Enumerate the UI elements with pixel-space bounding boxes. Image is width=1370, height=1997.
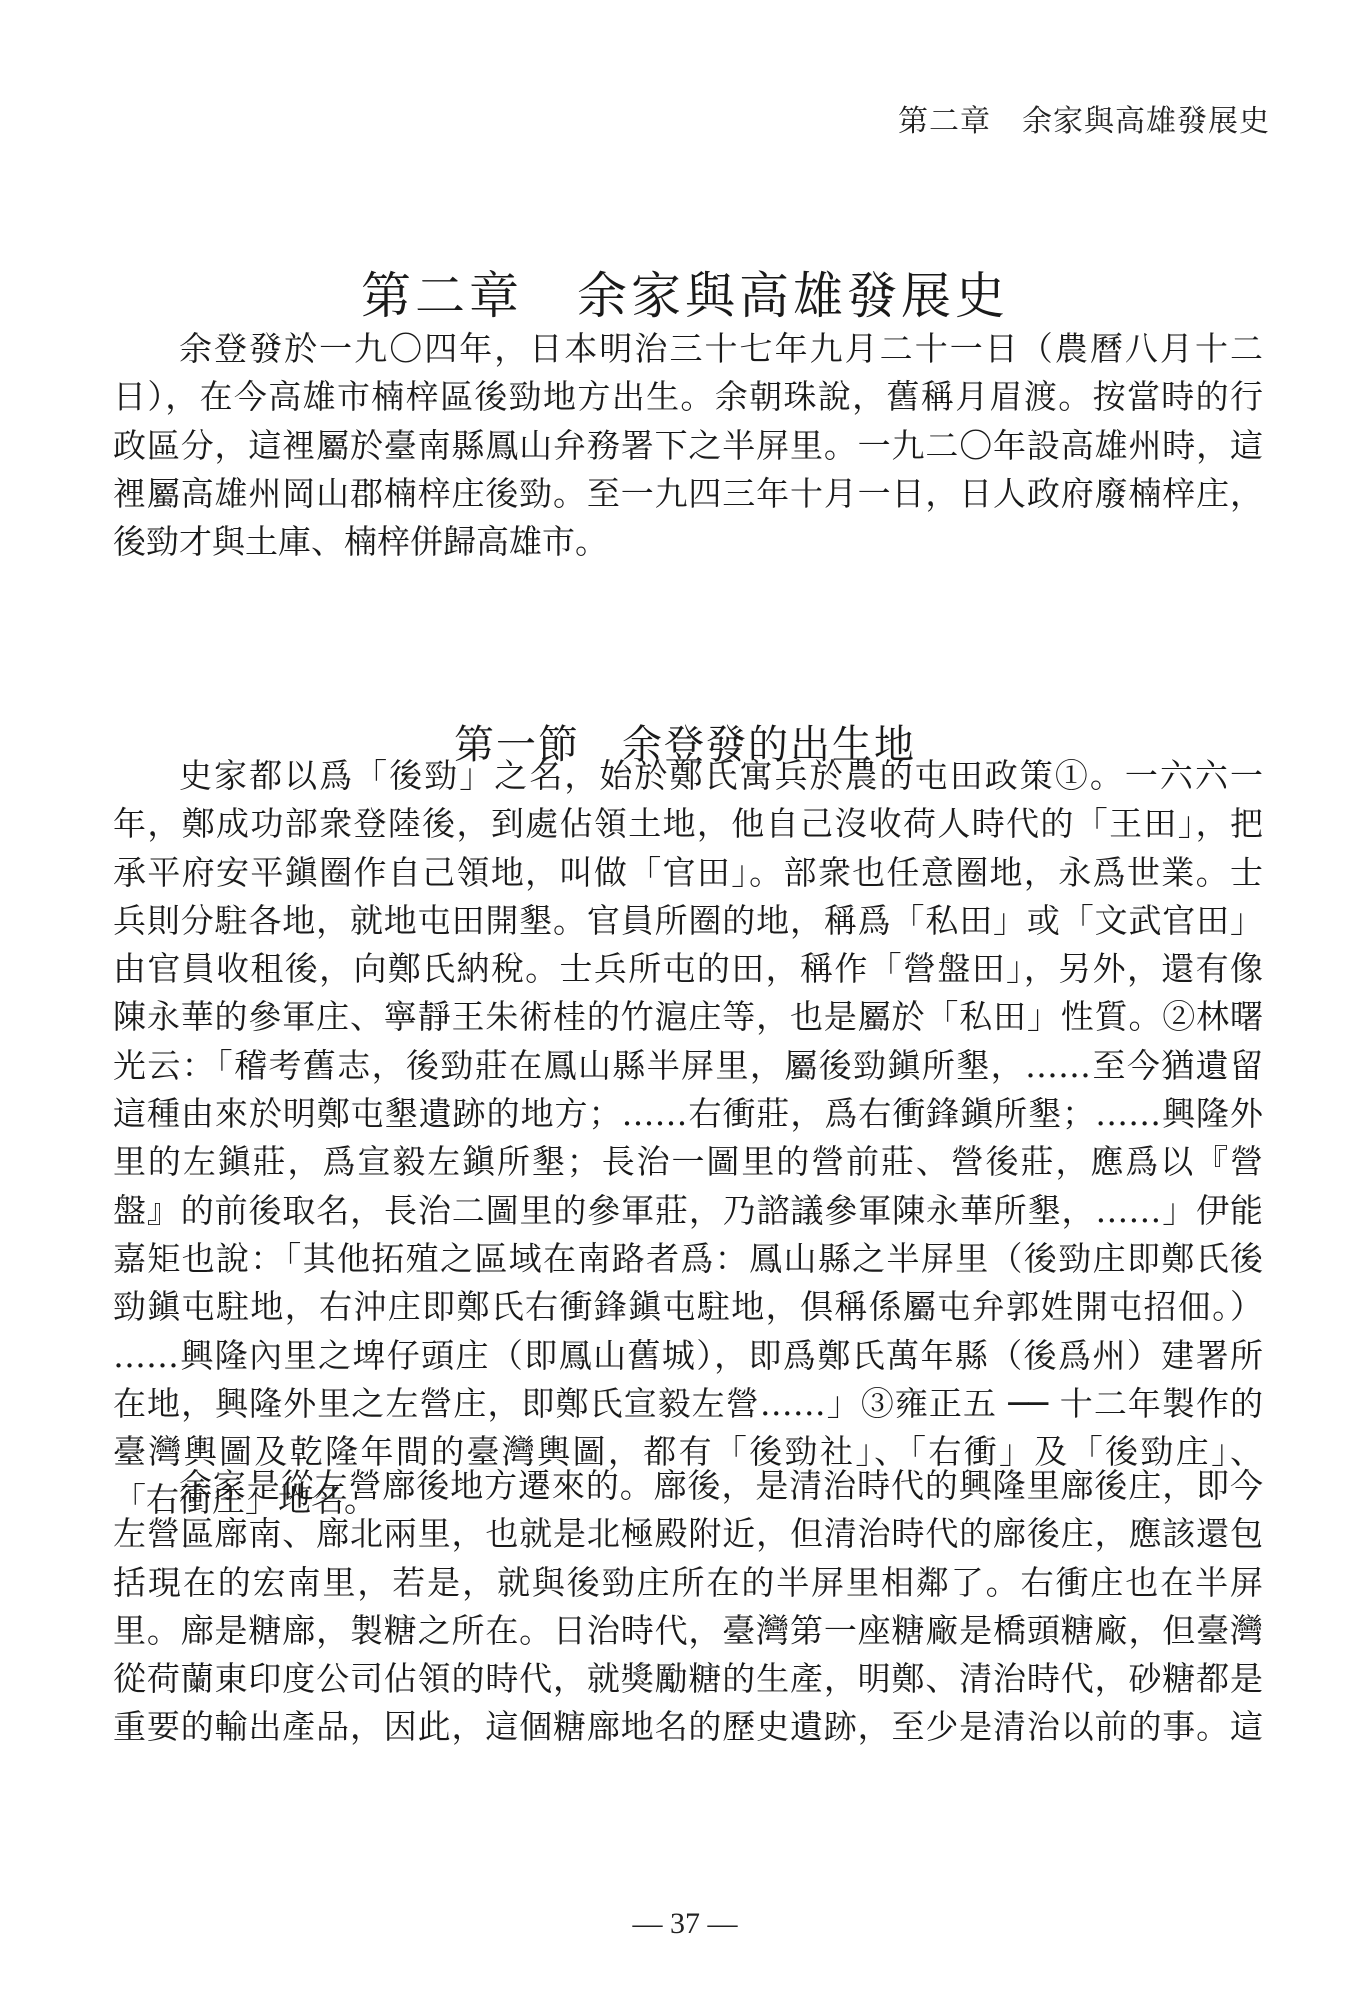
text-line: 括現在的宏南里，若是，就與後勁庄所在的半屏里相鄰了。右衝庄也在半屏 xyxy=(113,1559,1263,1607)
text-line: 承平府安平鎭圈作自己領地，叫做「官田」。部衆也任意圈地，永爲世業。士 xyxy=(113,849,1263,897)
text-line: 後勁才與土庫、楠梓併歸高雄市。 xyxy=(113,518,1263,566)
intro-paragraph: 余登發於一九〇四年，日本明治三十七年九月二十一日（農曆八月十二 日），在今高雄市… xyxy=(113,325,1263,566)
text-line: 由官員收租後，向鄭氏納稅。士兵所屯的田，稱作「營盤田」，另外，還有像 xyxy=(113,945,1263,993)
text-line: 政區分，這裡屬於臺南縣鳳山弁務署下之半屏里。一九二〇年設高雄州時，這 xyxy=(113,422,1263,470)
text-line: 重要的輸出產品，因此，這個糖廍地名的歷史遺跡，至少是清治以前的事。這 xyxy=(113,1703,1263,1751)
body-paragraph-1: 史家都以爲「後勁」之名，始於鄭氏寓兵於農的屯田政策①。一六六一 年，鄭成功部衆登… xyxy=(113,752,1263,1525)
running-head: 第二章 余家與高雄發展史 xyxy=(898,96,1270,140)
text-line: ……興隆內里之埤仔頭庄（即鳳山舊城），即爲鄭氏萬年縣（後爲州）建署所 xyxy=(113,1332,1263,1380)
text-line: 左營區廍南、廍北兩里，也就是北極殿附近，但清治時代的廍後庄，應該還包 xyxy=(113,1510,1263,1558)
text-line: 光云：「稽考舊志，後勁莊在鳳山縣半屏里，屬後勁鎭所墾，……至今猶遺留 xyxy=(113,1042,1263,1090)
text-line: 這種由來於明鄭屯墾遺跡的地方；……右衝莊，爲右衝鋒鎭所墾；……興隆外 xyxy=(113,1090,1263,1138)
text-line: 史家都以爲「後勁」之名，始於鄭氏寓兵於農的屯田政策①。一六六一 xyxy=(113,752,1263,800)
text-line: 里。廍是糖廍，製糖之所在。日治時代，臺灣第一座糖廠是橋頭糖廠，但臺灣 xyxy=(113,1607,1263,1655)
text-line: 在地，興隆外里之左營庄，即鄭氏宣毅左營……」③雍正五 ── 十二年製作的 xyxy=(113,1380,1263,1428)
text-line: 日），在今高雄市楠梓區後勁地方出生。余朝珠說，舊稱月眉渡。按當時的行 xyxy=(113,373,1263,421)
page-number: — 37 — xyxy=(0,1907,1370,1941)
text-line: 勁鎭屯駐地，右沖庄即鄭氏右衝鋒鎭屯駐地，倶稱係屬屯弁郭姓開屯招佃。） xyxy=(113,1283,1263,1331)
text-line: 余家是從左營廍後地方遷來的。廍後，是清治時代的興隆里廍後庄，即今 xyxy=(113,1462,1263,1510)
text-line: 裡屬高雄州岡山郡楠梓庄後勁。至一九四三年十月一日，日人政府廢楠梓庄， xyxy=(113,470,1263,518)
text-line: 嘉矩也說：「其他拓殖之區域在南路者爲：鳳山縣之半屏里（後勁庄即鄭氏後 xyxy=(113,1235,1263,1283)
text-line: 里的左鎭莊，爲宣毅左鎭所墾；長治一圖里的營前莊、營後莊，應爲以『營 xyxy=(113,1138,1263,1186)
chapter-title: 第二章 余家與高雄發展史 xyxy=(0,256,1370,328)
text-line: 年，鄭成功部衆登陸後，到處佔領土地，他自己沒收荷人時代的「王田」，把 xyxy=(113,800,1263,848)
text-line: 兵則分駐各地，就地屯田開墾。官員所圈的地，稱爲「私田」或「文武官田」 xyxy=(113,897,1263,945)
text-line: 盤』的前後取名，長治二圖里的參軍莊，乃諮議參軍陳永華所墾，……」伊能 xyxy=(113,1187,1263,1235)
text-line: 余登發於一九〇四年，日本明治三十七年九月二十一日（農曆八月十二 xyxy=(113,325,1263,373)
text-line: 陳永華的參軍庄、寧靜王朱術桂的竹滬庄等，也是屬於「私田」性質。②林曙 xyxy=(113,993,1263,1041)
body-paragraph-2: 余家是從左營廍後地方遷來的。廍後，是清治時代的興隆里廍後庄，即今 左營區廍南、廍… xyxy=(113,1462,1263,1752)
text-line: 從荷蘭東印度公司佔領的時代，就獎勵糖的生產，明鄭、清治時代，砂糖都是 xyxy=(113,1655,1263,1703)
